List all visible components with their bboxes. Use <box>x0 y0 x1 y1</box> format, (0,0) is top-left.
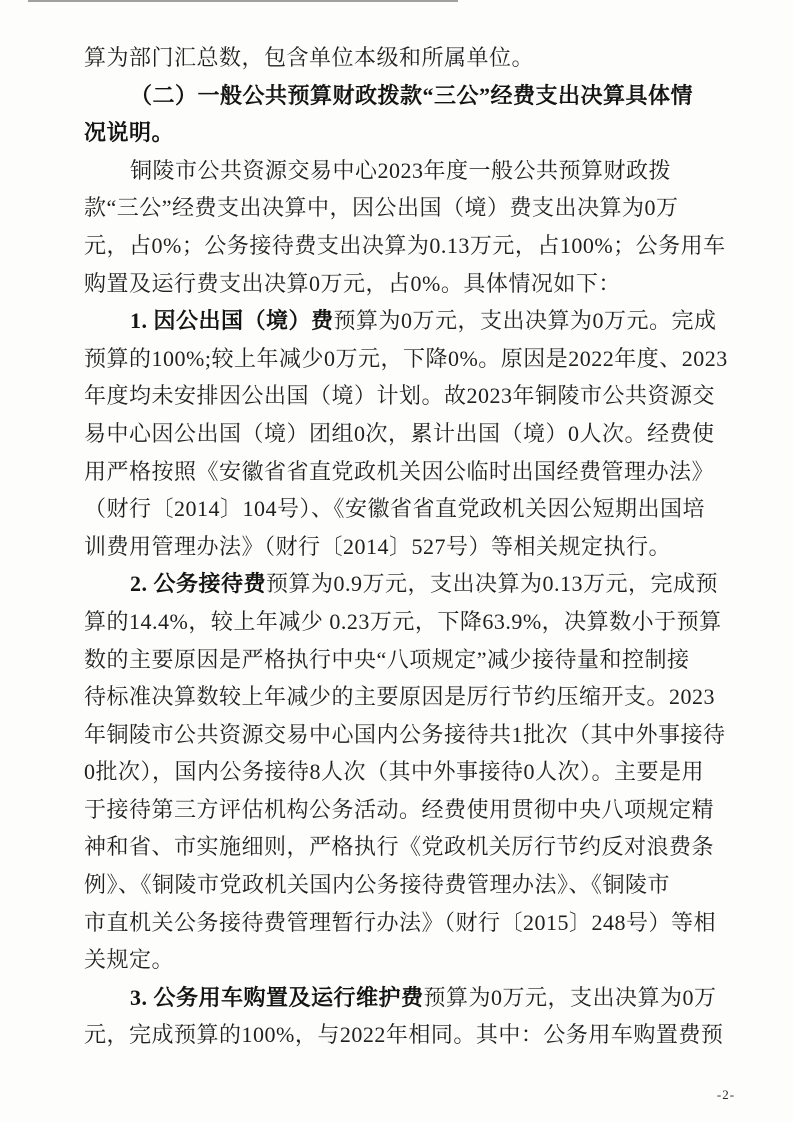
text-line: 关规定。 <box>84 941 724 979</box>
text-line: 年度均未安排因公出国（境）计划。故2023年铜陵市公共资源交 <box>84 377 724 415</box>
text-line: （财行〔2014〕104号）、《安徽省省直党政机关因公短期出国培 <box>84 490 724 528</box>
text-line: 预算的100%;较上年减少0万元，下降0%。原因是2022年度、2023 <box>84 340 724 378</box>
text-line: 0批次），国内公务接待8人次（其中外事接待0人次）。主要是用 <box>84 753 724 791</box>
text-line: 易中心因公出国（境）团组0次，累计出国（境）0人次。经费使 <box>84 415 724 453</box>
text-line: 算为部门汇总数，包含单位本级和所属单位。 <box>84 39 724 77</box>
text-line: 算的14.4%，较上年减少 0.23万元，下降63.9%，决算数小于预算 <box>84 603 724 641</box>
paragraph-start-line: 3. 公务用车购置及运行维护费预算为0万元，支出决算为0万 <box>84 979 724 1017</box>
text-line: 市直机关公务接待费管理暂行办法》（财行〔2015〕248号）等相 <box>84 904 724 942</box>
item-1-lead-bold: 1. 因公出国（境）费 <box>130 308 334 333</box>
item-2-lead-bold: 2. 公务接待费 <box>130 571 266 596</box>
page-number: -2- <box>704 1087 748 1103</box>
text-line: 神和省、市实施细则，严格执行《党政机关厉行节约反对浪费条 <box>84 828 724 866</box>
item-3-lead-bold: 3. 公务用车购置及运行维护费 <box>130 985 424 1010</box>
section-heading-line: 况说明。 <box>84 114 724 152</box>
text-line: 数的主要原因是严格执行中央“八项规定”减少接待量和控制接 <box>84 641 724 679</box>
text-line: 于接待第三方评估机构公务活动。经费使用贯彻中央八项规定精 <box>84 791 724 829</box>
text-line: 训费用管理办法》（财行〔2014〕527号）等相关规定执行。 <box>84 528 724 566</box>
paragraph-start-line: 2. 公务接待费预算为0.9万元，支出决算为0.13万元，完成预 <box>84 565 724 603</box>
paragraph-text: 预算为0万元，支出决算为0万 <box>424 985 717 1010</box>
text-line: 元，占0%；公务接待费支出决算为0.13万元，占100%；公务用车 <box>84 227 724 265</box>
paragraph-text: 预算为0万元，支出决算为0万元。完成 <box>334 308 717 333</box>
text-line: 购置及运行费支出决算0万元，占0%。具体情况如下： <box>84 265 724 303</box>
text-line: 例》、《铜陵市党政机关国内公务接待费管理办法》、《铜陵市 <box>84 866 724 904</box>
scan-artifact <box>28 0 458 2</box>
text-line: 款“三公”经费支出决算中，因公出国（境）费支出决算为0万 <box>84 189 724 227</box>
document-body: 算为部门汇总数，包含单位本级和所属单位。 （二）一般公共预算财政拨款“三公”经费… <box>84 39 724 1054</box>
text-line: 元，完成预算的100%，与2022年相同。其中：公务用车购置费预 <box>84 1016 724 1054</box>
paragraph-text: 预算为0.9万元，支出决算为0.13万元，完成预 <box>266 571 718 596</box>
text-line: 用严格按照《安徽省省直党政机关因公临时出国经费管理办法》 <box>84 453 724 491</box>
text-line: 待标准决算数较上年减少的主要原因是厉行节约压缩开支。2023 <box>84 678 724 716</box>
paragraph-start-line: 铜陵市公共资源交易中心2023年度一般公共预算财政拨 <box>84 152 724 190</box>
section-heading-line: （二）一般公共预算财政拨款“三公”经费支出决算具体情 <box>84 77 724 115</box>
document-page: 算为部门汇总数，包含单位本级和所属单位。 （二）一般公共预算财政拨款“三公”经费… <box>0 0 793 1122</box>
text-line: 年铜陵市公共资源交易中心国内公务接待共1批次（其中外事接待 <box>84 716 724 754</box>
paragraph-start-line: 1. 因公出国（境）费预算为0万元，支出决算为0万元。完成 <box>84 302 724 340</box>
